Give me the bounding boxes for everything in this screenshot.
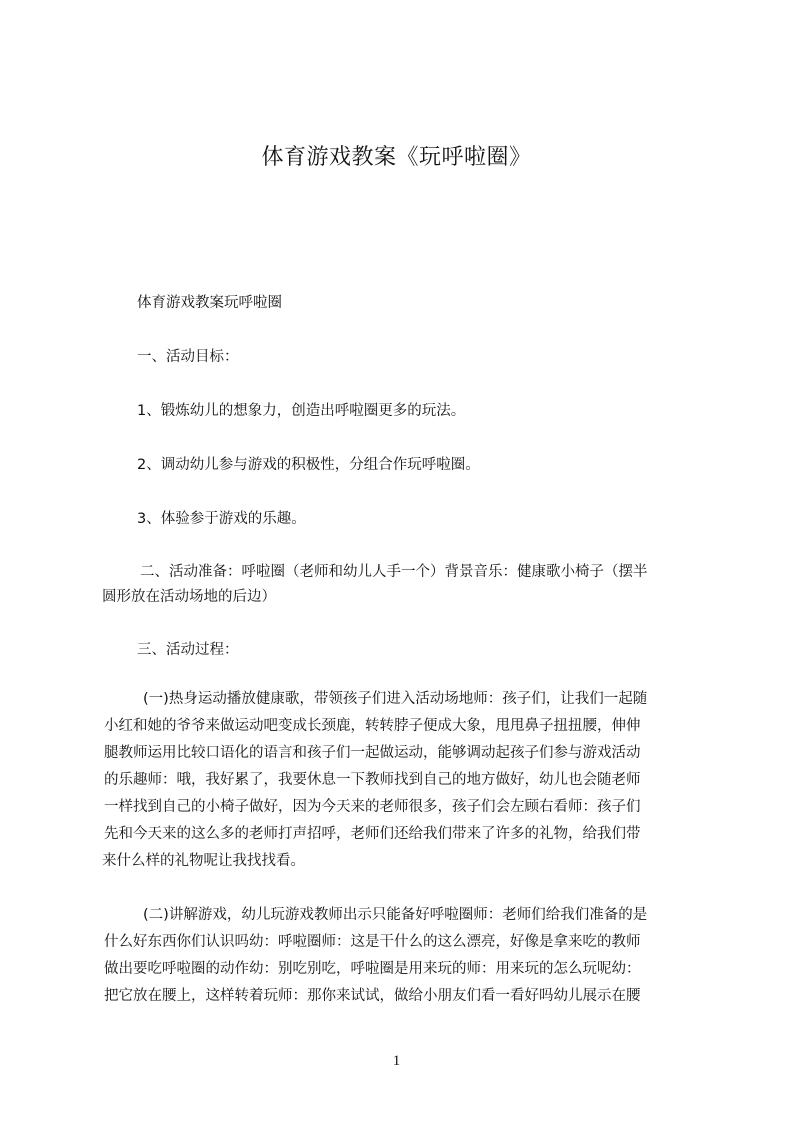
goal-item: 3、体验参于游戏的乐趣。 xyxy=(137,509,306,529)
paragraph-line: 做出要吃呼啦圈的动作幼：别吃别吃，呼啦圈是用来玩的师：用来玩的怎么玩呢幼： xyxy=(104,959,698,979)
paragraph-line: (二)讲解游戏，幼儿玩游戏教师出示只能备好呼啦圈师：老师们给我们准备的是 xyxy=(143,905,698,925)
paragraph-line: 小红和她的爷爷来做运动吧变成长颈鹿，转转脖子便成大象，甩甩鼻子扭扭腰，伸伸 xyxy=(104,716,698,736)
paragraph-line: 腿教师运用比较口语化的语言和孩子们一起做运动，能够调动起孩子们参与游戏活动 xyxy=(104,743,698,763)
paragraph-line: 一样找到自己的小椅子做好，因为今天来的老师很多，孩子们会左顾右看师：孩子们 xyxy=(104,797,698,817)
section-heading-goals: 一、活动目标： xyxy=(137,347,239,367)
paragraph-line: 来什么样的礼物呢让我找找看。 xyxy=(102,851,698,871)
paragraph-line: 把它放在腰上，这样转着玩师：那你来试试，做给小朋友们看一看好吗幼儿展示在腰 xyxy=(104,986,698,1006)
section-heading-process: 三、活动过程： xyxy=(137,640,239,660)
subtitle: 体育游戏教案玩呼啦圈 xyxy=(137,293,282,313)
paragraph-line: (一)热身运动播放健康歌，带领孩子们进入活动场地师：孩子们，让我们一起随 xyxy=(143,689,698,709)
page-number: 1 xyxy=(0,1053,793,1070)
document-page: 体育游戏教案《玩呼啦圈》 体育游戏教案玩呼啦圈 一、活动目标： 1、锻炼幼儿的想… xyxy=(0,0,793,1122)
paragraph-line: 什么好东西你们认识吗幼：呼啦圈师：这是干什么的这么漂亮，好像是拿来吃的教师 xyxy=(104,932,698,952)
paragraph-line: 先和今天来的这么多的老师打声招呼，老师们还给我们带来了许多的礼物，给我们带 xyxy=(104,824,698,844)
goal-item: 2、调动幼儿参与游戏的积极性，分组合作玩呼啦圈。 xyxy=(137,455,480,475)
paragraph-line: 的乐趣师：哦，我好累了，我要休息一下教师找到自己的地方做好，幼儿也会随老师 xyxy=(104,770,698,790)
document-title: 体育游戏教案《玩呼啦圈》 xyxy=(0,140,793,171)
preparation-line: 圆形放在活动场地的后边） xyxy=(102,587,698,607)
preparation-line: 二、活动准备：呼啦圈（老师和幼儿人手一个）背景音乐：健康歌小椅子（摆半 xyxy=(140,562,698,582)
goal-item: 1、锻炼幼儿的想象力，创造出呼啦圈更多的玩法。 xyxy=(137,401,465,421)
